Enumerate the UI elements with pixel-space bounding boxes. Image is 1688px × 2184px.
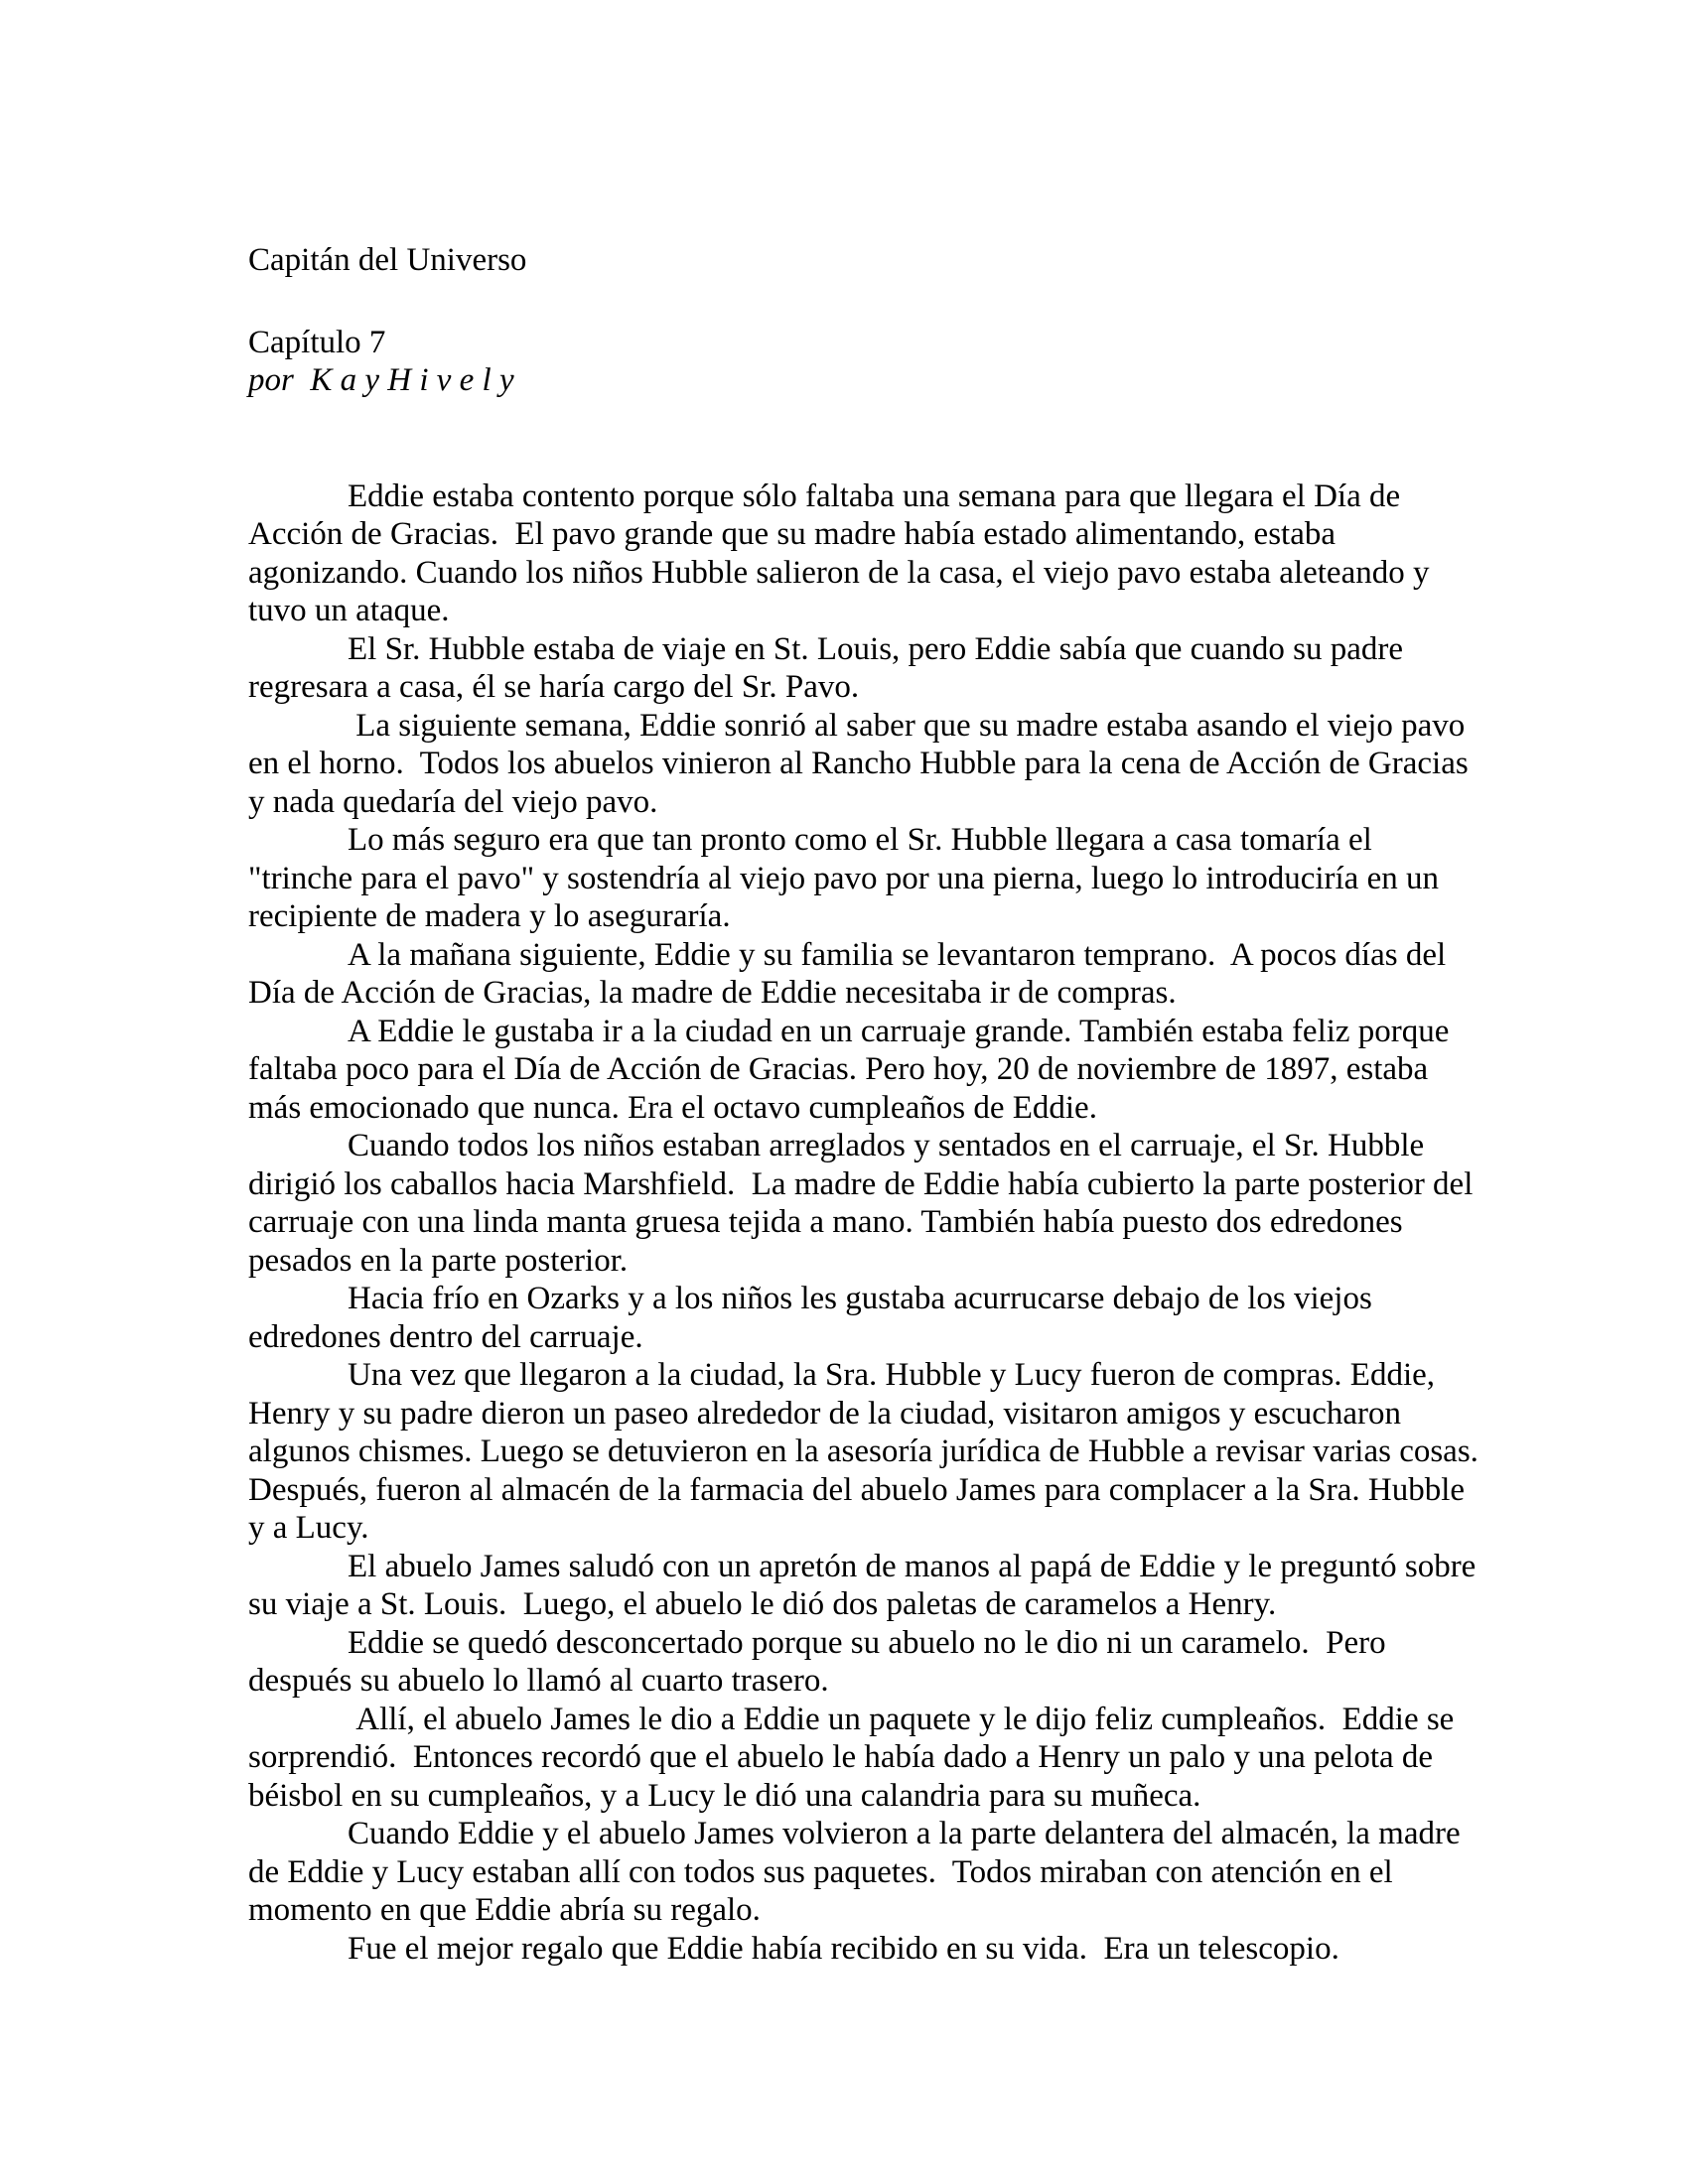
paragraph: Cuando todos los niños estaban arreglado… — [248, 1127, 1479, 1280]
paragraph: Lo más seguro era que tan pronto como el… — [248, 821, 1479, 936]
paragraph: La siguiente semana, Eddie sonrió al sab… — [248, 707, 1479, 822]
story-title: Capitán del Universo — [248, 241, 1479, 280]
document-content: Capitán del Universo Capítulo 7 por K a … — [248, 241, 1479, 1968]
paragraph: Hacia frío en Ozarks y a los niños les g… — [248, 1280, 1479, 1356]
paragraph: Cuando Eddie y el abuelo James volvieron… — [248, 1815, 1479, 1930]
paragraph: Fue el mejor regalo que Eddie había reci… — [248, 1930, 1479, 1969]
document-page: Capitán del Universo Capítulo 7 por K a … — [0, 0, 1688, 2184]
paragraph: El abuelo James saludó con un apretón de… — [248, 1548, 1479, 1624]
paragraph: Eddie se quedó desconcertado porque su a… — [248, 1624, 1479, 1701]
chapter-heading: Capítulo 7 — [248, 324, 1479, 362]
story-body: Eddie estaba contento porque sólo faltab… — [248, 478, 1479, 1969]
paragraph: Eddie estaba contento porque sólo faltab… — [248, 478, 1479, 630]
paragraph: El Sr. Hubble estaba de viaje en St. Lou… — [248, 630, 1479, 707]
paragraph: Allí, el abuelo James le dio a Eddie un … — [248, 1701, 1479, 1816]
author-byline: por K a y H i v e l y — [248, 361, 1479, 400]
paragraph: Una vez que llegaron a la ciudad, la Sra… — [248, 1356, 1479, 1548]
paragraph: A la mañana siguiente, Eddie y su famili… — [248, 936, 1479, 1013]
paragraph: A Eddie le gustaba ir a la ciudad en un … — [248, 1013, 1479, 1128]
